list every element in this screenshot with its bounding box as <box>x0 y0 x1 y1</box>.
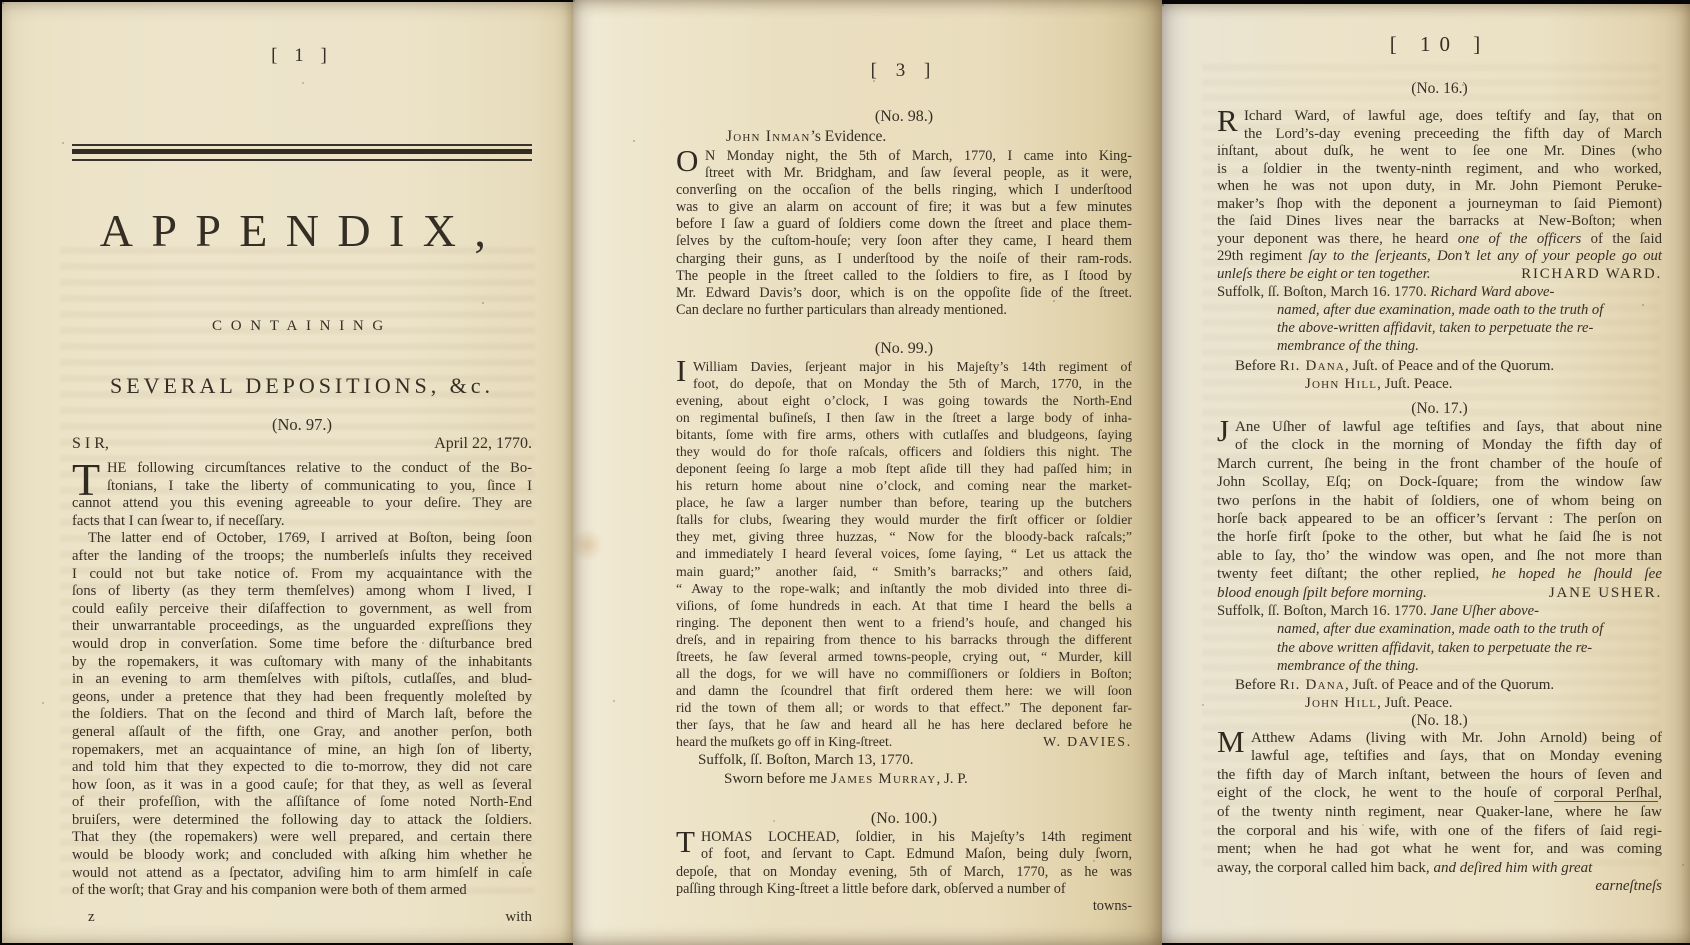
text-line: and immediately I heard ſeveral voices, … <box>676 545 1132 562</box>
deposition-number: (No. 18.) <box>1217 712 1662 729</box>
text-line: rid the town of them all; or words to th… <box>676 699 1132 716</box>
depositions-subtitle: SEVERAL DEPOSITIONS, &c. <box>72 373 532 399</box>
text-line: the horſe firſt ſpoke to the other, but … <box>1217 528 1662 546</box>
text-line: unleſs there be eight or ten together.RI… <box>1217 266 1662 284</box>
text-line: HE following circumſtances relative to t… <box>72 460 532 478</box>
text-line: on regimental buſineſs, I then ſaw in th… <box>676 409 1132 426</box>
deposition-number: (No. 97.) <box>72 415 532 435</box>
text-line: ringing. The deponent then went to a fri… <box>676 614 1132 631</box>
italic-run: membrance of the thing. <box>1277 338 1419 354</box>
evidence-heading: John Inman’s Evidence. <box>676 128 1132 145</box>
italic-run: earneſtneſs <box>1595 878 1662 894</box>
text-line: the fifth day of March inſtant, between … <box>1217 766 1662 785</box>
folio-number: [ 10 ] <box>1217 30 1662 58</box>
small-caps-name: Ri. Dana <box>1280 677 1345 693</box>
appendix-title: APPENDIX, <box>72 205 532 257</box>
text-line: of the clock in the morning of Monday th… <box>1217 436 1662 454</box>
text-line: ropemakers, met an acquaintance of mine,… <box>72 742 532 760</box>
text-line: Ane Uſher of lawful age teſtifies and ſa… <box>1217 418 1662 436</box>
text-line: your deponent was there, he heard one of… <box>1217 231 1662 249</box>
deposition-paragraph: RIchard Ward, of lawful age, does teſtif… <box>1217 108 1662 283</box>
italic-run: he hoped he ſhould ſee <box>1492 566 1662 582</box>
text-line: and told him that they expected to die t… <box>72 759 532 777</box>
text-line: blood enough ſpilt before morning. <box>1217 584 1427 602</box>
text-line: the corporal and his wife, with one of t… <box>1217 822 1662 841</box>
text-line: The people in the ſtreet called to the ſ… <box>676 268 1132 285</box>
text-line: evening, about eight o’clock, I was goin… <box>676 392 1132 409</box>
text-line: paſſing through King-ſtreet a little bef… <box>676 881 1132 898</box>
italic-run: membrance of the thing. <box>1277 658 1419 674</box>
text-line: Atthew Adams (living with Mr. John Arnol… <box>1217 729 1662 748</box>
underlined-name: corporal Perſhal <box>1554 785 1659 802</box>
text-line: bitants, ſome with fire arms, others wit… <box>676 426 1132 443</box>
folio-number: [ 3 ] <box>676 58 1132 84</box>
text-line: “ Away to the rope-walk; and inſtantly t… <box>676 580 1132 597</box>
text-line: general aſſault of the fifth, one Gray, … <box>72 724 532 742</box>
text-line: William Davies, ſerjeant major in his Ma… <box>676 358 1132 375</box>
deposition-number: (No. 98.) <box>676 108 1132 126</box>
signature-name: JANE USHER. <box>1549 584 1662 602</box>
text-line: Suffolk, ſſ. Boſton, March 16. 1770. Jan… <box>1217 602 1662 620</box>
paper-speckles <box>2 2 4 4</box>
text-line: depoſe, that on Monday evening, 5th of M… <box>676 864 1132 881</box>
text-line: after the landing of the troops; the num… <box>72 548 532 566</box>
text-line: of the twenty ninth regiment, near Quake… <box>1217 803 1662 822</box>
text-line: horſe back appeared to be an officer’s ſ… <box>1217 510 1662 528</box>
text-line: bruiſers, were determined the following … <box>72 812 532 830</box>
deposition-number: (No. 16.) <box>1217 80 1662 97</box>
page-1: [ 1 ]APPENDIX,CONTAININGSEVERAL DEPOSITI… <box>2 2 573 943</box>
text-line: March current, ſhe being in the front ch… <box>1217 455 1662 473</box>
text-line: blood enough ſpilt before morning.JANE U… <box>1217 584 1662 602</box>
text-line: geons, under a pretence that they had be… <box>72 689 532 707</box>
text-line: they met, giving three huzzas, “ Now for… <box>676 528 1132 545</box>
small-caps-name: James Murray <box>831 771 936 787</box>
deposition-paragraph: THE following circumſtances relative to … <box>72 460 532 530</box>
italic-run: and deſired him with great <box>1433 860 1592 876</box>
text-line: HOMAS LOCHEAD, ſoldier, in his Majeſty’s… <box>676 829 1132 846</box>
text-line: named, after due examination, made oath … <box>1217 301 1662 319</box>
text-line: Mr. Edward Davis’s door, which is on the… <box>676 285 1132 302</box>
italic-run: Jane Uſher above- <box>1430 603 1539 619</box>
text-column: [ 3 ](No. 98.)John Inman’s Evidence.ON M… <box>676 0 1132 945</box>
italic-run: ſay to the ſerjeants, Don’t let any of y… <box>1309 248 1662 264</box>
text-line: of foot, and ſervant to Capt. Edmund Maſ… <box>676 846 1132 863</box>
text-line: eight of the clock, he went to the houſe… <box>1217 784 1662 803</box>
text-line: 29th regiment ſay to the ſerjeants, Don’… <box>1217 248 1662 266</box>
italic-run: blood enough ſpilt before morning. <box>1217 585 1427 601</box>
text-line: heard the muſkets go off in King-ſtreet.… <box>676 733 1132 750</box>
text-line: would drop in converſation. Some time be… <box>72 636 532 654</box>
italic-run: one of the officers <box>1458 231 1581 247</box>
salutation-sir: S I R, <box>72 435 109 453</box>
signature-name: RICHARD WARD. <box>1521 266 1662 284</box>
containing-subtitle: CONTAINING <box>72 317 532 335</box>
italic-run: named, after due examination, made oath … <box>1277 621 1603 637</box>
text-line: how ſoon, as it was in a good cauſe; for… <box>72 777 532 795</box>
small-caps-name: John Hill <box>1305 695 1377 711</box>
text-line: twenty feet diſtant; the other replied, … <box>1217 565 1662 583</box>
catchword: with <box>505 908 532 926</box>
text-line: two perſons in the habit of ſoldiers, on… <box>1217 492 1662 510</box>
catchword: earneſtneſs <box>1217 877 1662 895</box>
text-line: inſtant, about duſk, he went to ſee one … <box>1217 143 1662 161</box>
text-line: N Monday night, the 5th of March, 1770, … <box>676 148 1132 165</box>
italic-run: unleſs there be eight or ten together. <box>1217 266 1431 282</box>
attestation-paragraph: Suffolk, ſſ. Boſton, March 16. 1770. Ric… <box>1217 283 1662 355</box>
text-line: of their profeſſion, with the aſſiſtance… <box>72 794 532 812</box>
text-line: maker’s ſhop with the deponent a journey… <box>1217 196 1662 214</box>
text-line: Suffolk, ſſ. Boſton, March 16. 1770. Ric… <box>1217 283 1662 301</box>
text-line: facts that I can ſwear to, if neceſſary. <box>72 513 532 531</box>
text-line: main guard;” another ſaid, “ Smith’s bar… <box>676 563 1132 580</box>
text-line: could eaſily perceive their diſaffection… <box>72 601 532 619</box>
folio-number: [ 1 ] <box>72 44 532 68</box>
text-column: [ 10 ](No. 16.)RIchard Ward, of lawful a… <box>1217 4 1662 943</box>
text-line: the ſaid Dines lives near the barracks a… <box>1217 213 1662 231</box>
text-line: the ſoldiers. That on the ſecond and thi… <box>72 706 532 724</box>
text-line: his return home about nine o’clock, and … <box>676 477 1132 494</box>
italic-run: named, after due examination, made oath … <box>1277 302 1603 318</box>
text-line: the above written affidavit, taken to pe… <box>1217 639 1662 657</box>
italic-run: Richard Ward above- <box>1430 284 1554 300</box>
signature-name: W. DAVIES. <box>1043 733 1132 750</box>
text-line: dreſs, and in repairing from thence to h… <box>676 631 1132 648</box>
jurat-line: Before Ri. Dana, Juſt. of Peace and of t… <box>1217 676 1662 694</box>
text-line: before I ſaw a guard of ſoldiers come do… <box>676 216 1132 233</box>
text-line: lawful age, teſtifies and ſays, that on … <box>1217 747 1662 766</box>
text-line: ſons of liberty (as they term themſelves… <box>72 583 532 601</box>
page-10: [ 10 ](No. 16.)RIchard Ward, of lawful a… <box>1162 4 1690 943</box>
deposition-paragraph: THOMAS LOCHEAD, ſoldier, in his Majeſty’… <box>676 829 1132 898</box>
deposition-paragraph: IWilliam Davies, ſerjeant major in his M… <box>676 358 1132 750</box>
text-line: able to ſay, tho’ the window was open, a… <box>1217 547 1662 565</box>
text-line: is a ſoldier in the twenty-ninth regimen… <box>1217 161 1662 179</box>
small-caps-name: Ri. Dana <box>1280 358 1345 374</box>
text-line: all the dogs, for we will have no commiſ… <box>676 665 1132 682</box>
deposition-number: (No. 100.) <box>676 810 1132 828</box>
text-line: foot, do depoſe, that on Monday the 5th … <box>676 375 1132 392</box>
text-line: heard the muſkets go off in King-ſtreet. <box>676 733 892 750</box>
text-line: viſions, of ſome hundreds in each. At th… <box>676 597 1132 614</box>
deposition-number: (No. 99.) <box>676 340 1132 358</box>
text-line: their unwarrantable proceedings, as the … <box>72 618 532 636</box>
jurat-line: Suffolk, ſſ. Boſton, March 13, 1770. <box>676 752 1132 769</box>
deposition-paragraph: MAtthew Adams (living with Mr. John Arno… <box>1217 729 1662 878</box>
paper-speckles <box>573 0 575 2</box>
text-column: [ 1 ]APPENDIX,CONTAININGSEVERAL DEPOSITI… <box>72 2 532 943</box>
paper-speckles <box>1162 4 1164 6</box>
text-line: That they (the ropemakers) were well pre… <box>72 829 532 847</box>
text-line: ſtalls for clubs, ſwearing they would mu… <box>676 511 1132 528</box>
text-line: ment; when he had got what he went for, … <box>1217 840 1662 859</box>
text-line: cannot attend you this evening agreeable… <box>72 495 532 513</box>
text-line: would be bloody work; and concluded with… <box>72 847 532 865</box>
text-line: Can declare no further particulars than … <box>676 302 1132 319</box>
deposition-number: (No. 17.) <box>1217 400 1662 417</box>
text-line: John Scollay, Eſq; on Dock-ſquare; from … <box>1217 473 1662 491</box>
text-line: deponent ſeeing ſo large a mob ſtept aſi… <box>676 460 1132 477</box>
head-rule <box>72 144 532 161</box>
text-line: they would do for thoſe raſcals, officer… <box>676 443 1132 460</box>
scanned-document: { "pages": [ { "id": "page-1", "blocks":… <box>0 0 1690 945</box>
text-line: The latter end of October, 1769, I arriv… <box>72 530 532 548</box>
text-line: would not attend as a ſpectator, adviſin… <box>72 865 532 883</box>
text-line: I could not but take notice of. From my … <box>72 566 532 584</box>
text-line: ſtreets, he ſaw ſeveral armed towns-peop… <box>676 648 1132 665</box>
deposition-paragraph: JAne Uſher of lawful age teſtifies and ſ… <box>1217 418 1662 602</box>
text-line: Ichard Ward, of lawful age, does teſtify… <box>1217 108 1662 126</box>
text-line: the Lord’s-day evening preceeding the fi… <box>1217 126 1662 144</box>
text-line: converſing on the occaſion of the bells … <box>676 182 1132 199</box>
page-3: [ 3 ](No. 98.)John Inman’s Evidence.ON M… <box>573 0 1162 945</box>
jurat-line: Before Ri. Dana, Juſt. of Peace and of t… <box>1217 357 1662 375</box>
text-line: ſtonians, I take the liberty of communic… <box>72 478 532 496</box>
small-caps-name: John Inman <box>726 128 811 145</box>
text-line: and damn the ſcoundrel that firſt ordere… <box>676 682 1132 699</box>
text-line: membrance of the thing. <box>1217 657 1662 675</box>
text-line: when he was not upon duty, in Mr. John P… <box>1217 178 1662 196</box>
page-footer: zwith <box>72 908 532 926</box>
text-line: by the ropemakers, it was cuſtomary with… <box>72 654 532 672</box>
text-line: membrance of the thing. <box>1217 337 1662 355</box>
signature-mark: z <box>72 908 95 926</box>
rule-mid <box>72 149 532 154</box>
text-line: place, he ſaw a larger number than befor… <box>676 494 1132 511</box>
text-line: named, after due examination, made oath … <box>1217 620 1662 638</box>
text-line: charging their guns, as I underſtood by … <box>676 251 1132 268</box>
attestation-paragraph: Suffolk, ſſ. Boſton, March 16. 1770. Jan… <box>1217 602 1662 676</box>
salutation-line: S I R,April 22, 1770. <box>72 435 532 453</box>
jurat-line: Sworn before me James Murray, J. P. <box>676 771 1132 788</box>
deposition-paragraph: The latter end of October, 1769, I arriv… <box>72 530 532 899</box>
small-caps-name: John Hill <box>1305 376 1377 392</box>
catchword: towns- <box>676 898 1132 915</box>
text-line: ſtreet with Mr. Bridgham, and ſaw ſevera… <box>676 165 1132 182</box>
italic-run: the above-written affidavit, taken to pe… <box>1277 320 1593 336</box>
text-line: was to give an alarm on account of fire;… <box>676 199 1132 216</box>
text-line: ther ſays, that he ſaw and heard all he … <box>676 716 1132 733</box>
italic-run: the above written affidavit, taken to pe… <box>1277 640 1592 656</box>
deposition-paragraph: ON Monday night, the 5th of March, 1770,… <box>676 148 1132 319</box>
jurat-line: John Hill, Juſt. Peace. <box>1217 375 1662 393</box>
text-line: away, the corporal called him back, and … <box>1217 859 1662 878</box>
text-line: the above-written affidavit, taken to pe… <box>1217 319 1662 337</box>
text-line: of the worſt; that Gray and his companio… <box>72 882 532 900</box>
text-line: unleſs there be eight or ten together. <box>1217 266 1431 284</box>
salutation-date: April 22, 1770. <box>434 435 532 453</box>
jurat-line: John Hill, Juſt. Peace. <box>1217 694 1662 712</box>
text-line: ſelves by the cuſtom-houſe; very ſoon af… <box>676 233 1132 250</box>
text-line: in an evening to arm themſelves with piſ… <box>72 671 532 689</box>
